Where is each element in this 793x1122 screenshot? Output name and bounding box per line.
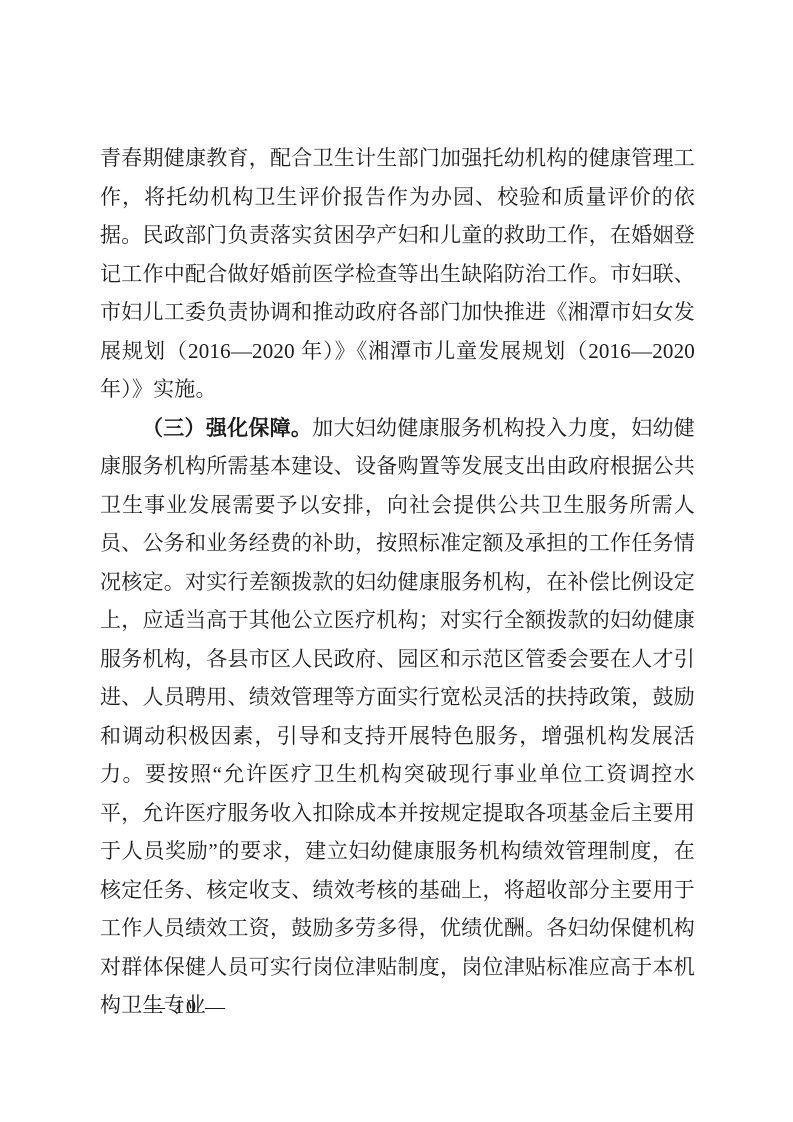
paragraph-text: 青春期健康教育，配合卫生计生部门加强托幼机构的健康管理工作，将托幼机构卫生评价报…: [100, 146, 695, 401]
paragraph-strengthen-support: （三）强化保障。加大妇幼健康服务机构投入力度，妇幼健康服务机构所需基本建设、设备…: [100, 409, 695, 1025]
paragraph-continuation: 青春期健康教育，配合卫生计生部门加强托幼机构的健康管理工作，将托幼机构卫生评价报…: [100, 139, 695, 409]
section-heading: （三）强化保障。: [142, 416, 312, 440]
document-body: 青春期健康教育，配合卫生计生部门加强托幼机构的健康管理工作，将托幼机构卫生评价报…: [100, 139, 695, 1025]
document-page: 青春期健康教育，配合卫生计生部门加强托幼机构的健康管理工作，将托幼机构卫生评价报…: [0, 0, 793, 1122]
page-number: — 10 —: [145, 996, 227, 1019]
paragraph-text: 加大妇幼健康服务机构投入力度，妇幼健康服务机构所需基本建设、设备购置等发展支出由…: [100, 416, 695, 1018]
